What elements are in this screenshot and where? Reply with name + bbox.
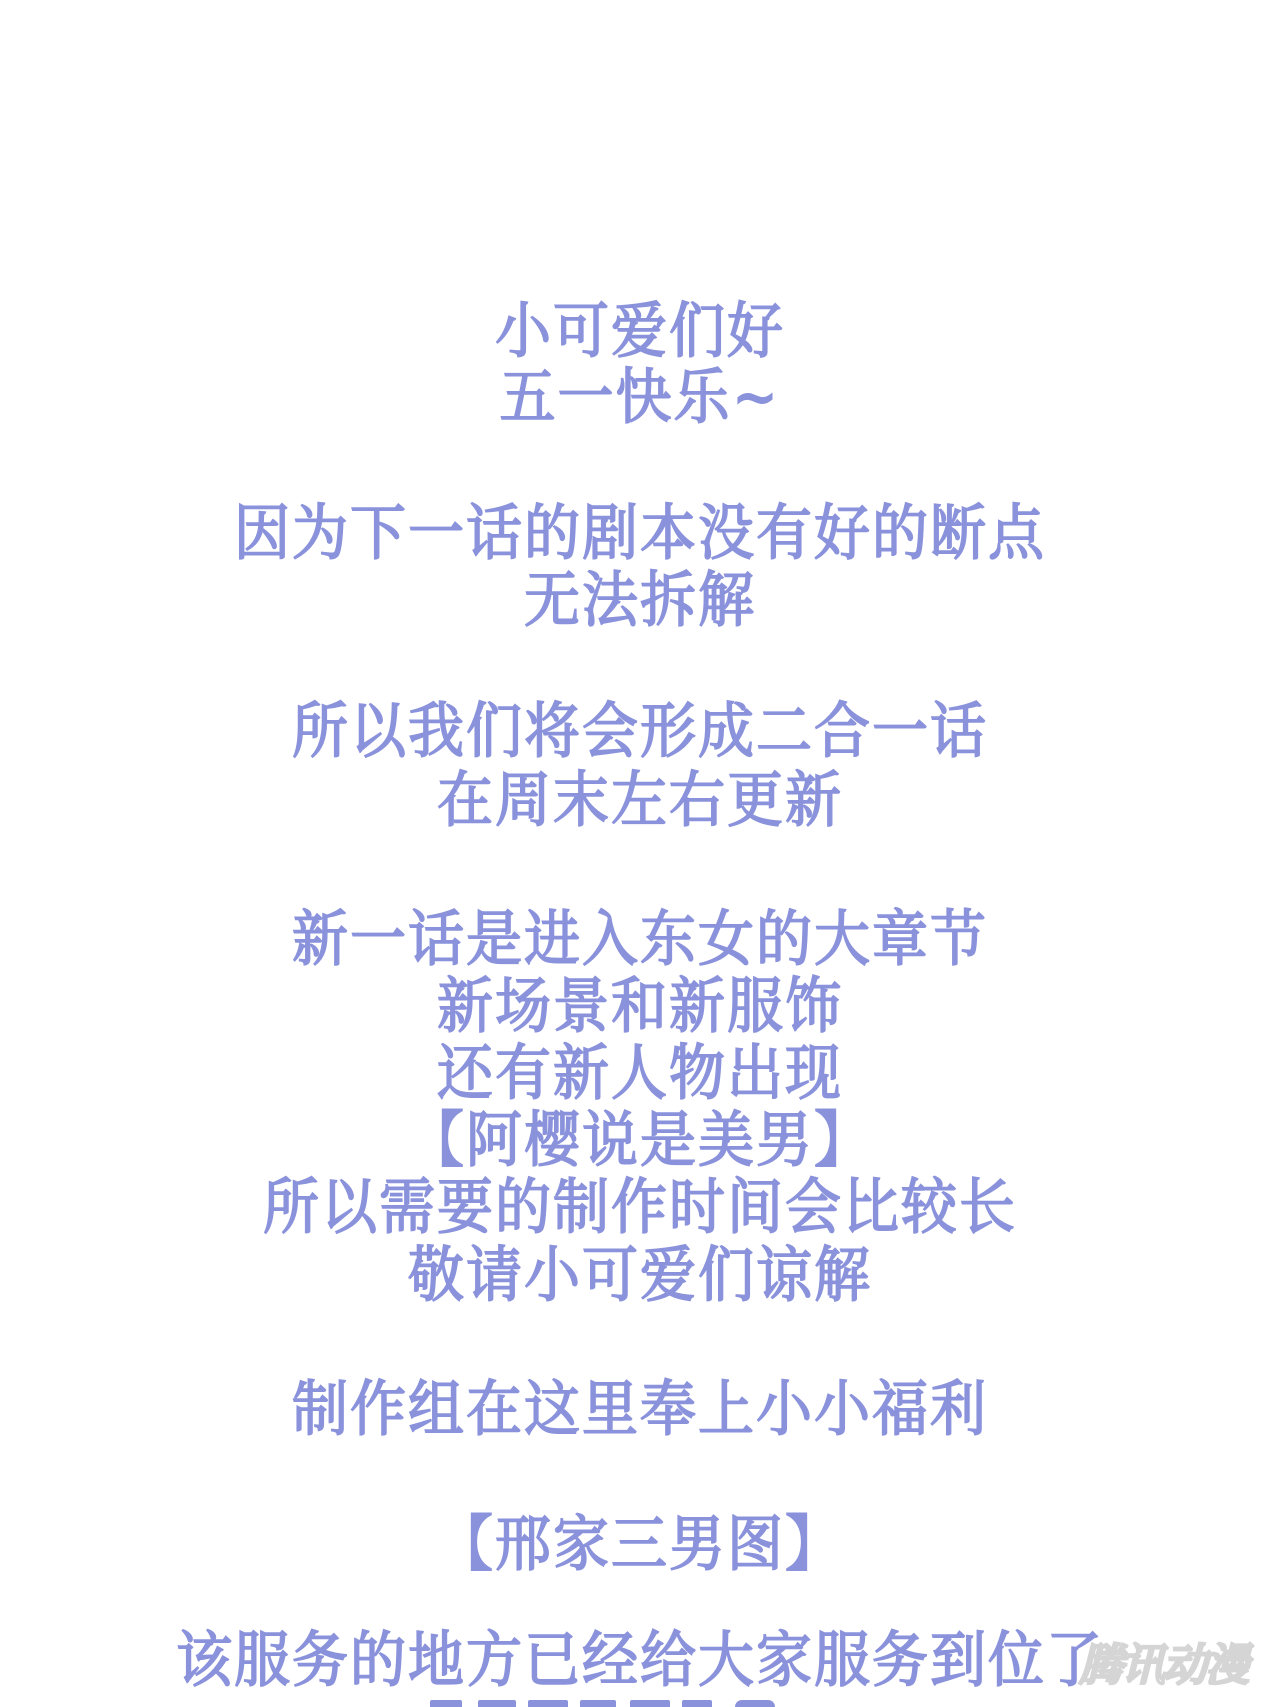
glyph-fragment bbox=[430, 1700, 462, 1707]
text-line-reason: 因为下一话的剧本没有好的断点 bbox=[0, 502, 1280, 567]
glyph-fragment bbox=[735, 1700, 775, 1707]
cut-off-text-line bbox=[430, 1698, 775, 1707]
text-line-bracket-note: 【阿樱说是美男】 bbox=[0, 1109, 1280, 1174]
announcement-page: 小可爱们好 五一快乐~ 因为下一话的剧本没有好的断点 无法拆解 所以我们将会形成… bbox=[0, 0, 1280, 1707]
text-line-greeting: 小可爱们好 bbox=[0, 300, 1280, 365]
glyph-fragment bbox=[682, 1700, 712, 1707]
text-line-new-arc: 新一话是进入东女的大章节 bbox=[0, 908, 1280, 973]
glyph-fragment bbox=[580, 1700, 616, 1707]
text-line-bonus-intro: 制作组在这里奉上小小福利 bbox=[0, 1378, 1280, 1443]
text-line-cannot-split: 无法拆解 bbox=[0, 569, 1280, 634]
watermark-logo: 腾讯动漫 bbox=[1063, 1632, 1263, 1690]
glyph-fragment bbox=[478, 1700, 516, 1707]
text-line-combined-chapter: 所以我们将会形成二合一话 bbox=[0, 700, 1280, 765]
text-line-new-scenes: 新场景和新服饰 bbox=[0, 975, 1280, 1040]
text-line-apology: 敬请小可爱们谅解 bbox=[0, 1244, 1280, 1309]
glyph-fragment bbox=[630, 1700, 670, 1707]
text-line-holiday-wish: 五一快乐~ bbox=[0, 366, 1280, 431]
text-line-update-schedule: 在周末左右更新 bbox=[0, 769, 1280, 834]
text-line-bonus-title: 【邢家三男图】 bbox=[0, 1513, 1280, 1578]
text-line-longer-production: 所以需要的制作时间会比较长 bbox=[0, 1176, 1280, 1241]
text-line-new-characters: 还有新人物出现 bbox=[0, 1042, 1280, 1107]
glyph-fragment bbox=[528, 1700, 568, 1707]
